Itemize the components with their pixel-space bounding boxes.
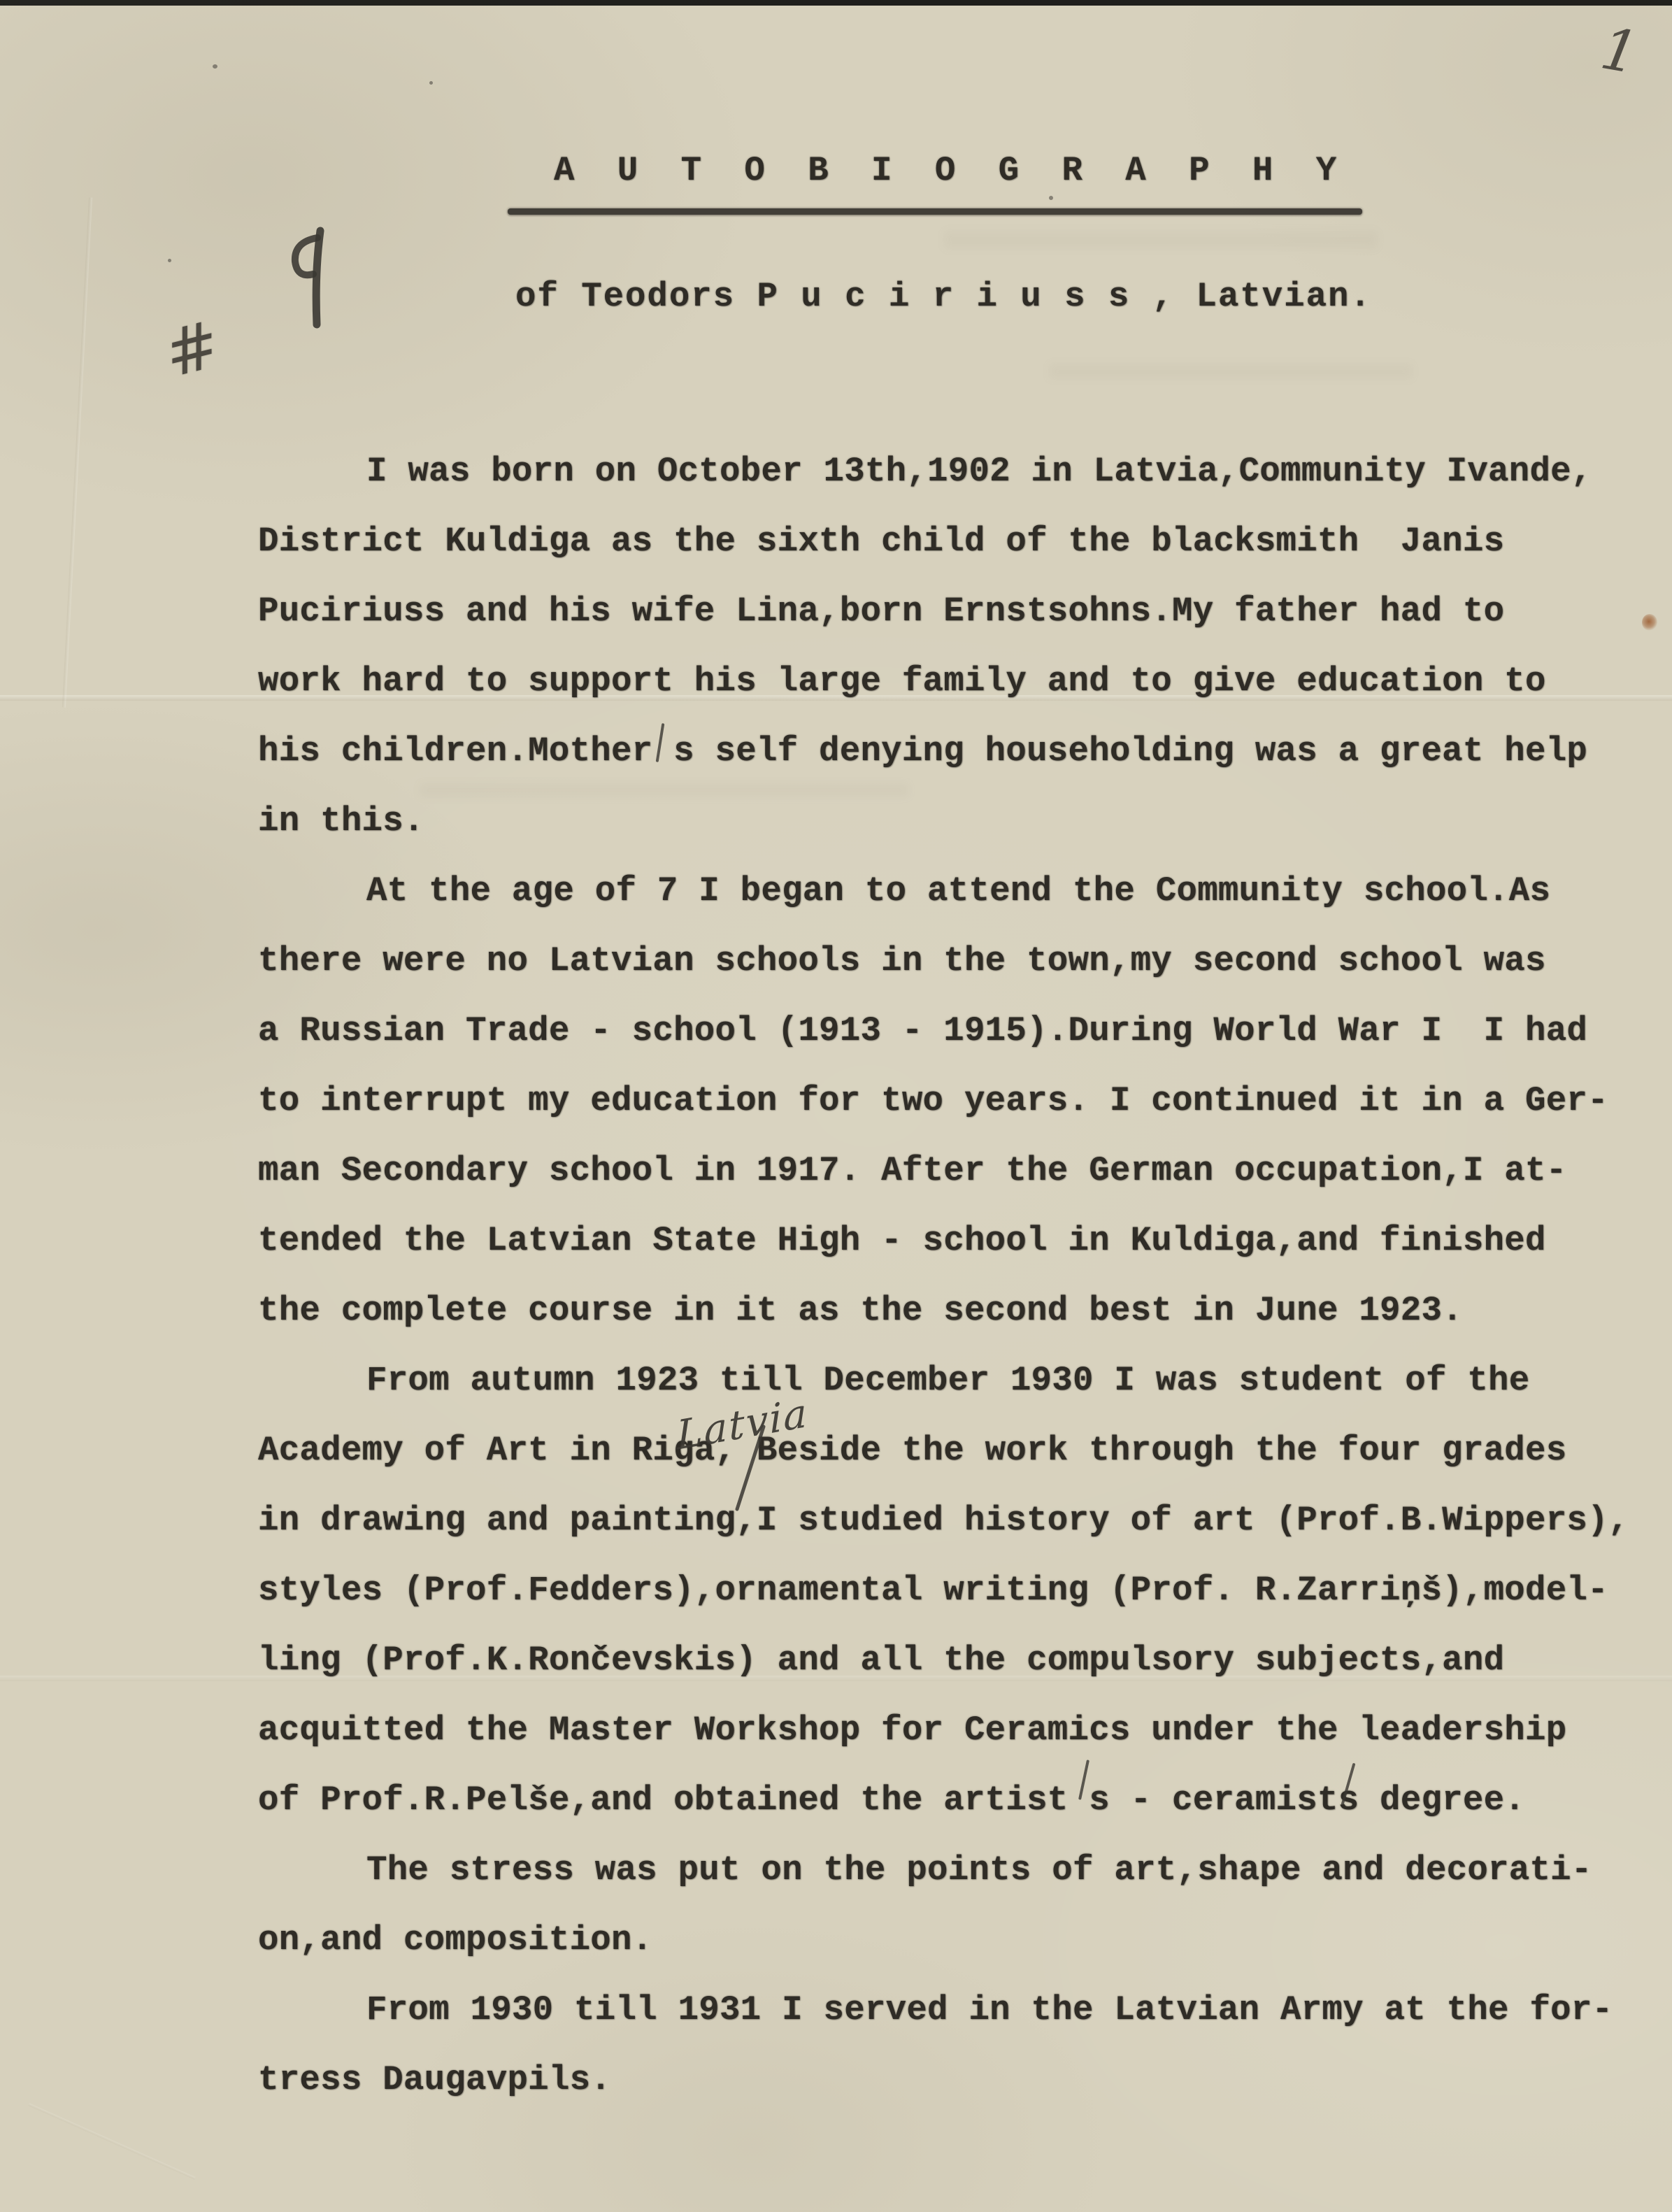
typed-line: acquitted the Master Workshop for Cerami… xyxy=(258,1711,1660,1781)
typed-line: Academy of Art in Riga, Beside the work … xyxy=(258,1431,1660,1501)
fold-crease-bottom-left xyxy=(28,2103,195,2179)
typed-line: man Secondary school in 1917. After the … xyxy=(258,1151,1660,1221)
title-underline xyxy=(508,208,1362,215)
ink-speck xyxy=(168,259,171,262)
typed-line: I was born on October 13th,1902 in Latvi… xyxy=(258,452,1660,522)
handwritten-page-number: 1 xyxy=(1596,15,1643,87)
document-title: A U T O B I O G R A P H Y xyxy=(554,151,1348,190)
typed-line: of Prof.R.Pelše,and obtained the artist … xyxy=(258,1781,1660,1850)
typed-line: to interrupt my education for two years.… xyxy=(258,1081,1660,1151)
ink-speck xyxy=(213,64,217,69)
typed-line: there were no Latvian schools in the tow… xyxy=(258,941,1660,1011)
typed-line: ling (Prof.K.Rončevskis) and all the com… xyxy=(258,1641,1660,1711)
typed-line: From 1930 till 1931 I served in the Latv… xyxy=(258,1990,1660,2060)
typed-line: styles (Prof.Fedders),ornamental writing… xyxy=(258,1571,1660,1641)
margin-hash-mark: # xyxy=(157,306,227,392)
margin-paragraph-mark-icon xyxy=(277,222,361,334)
ink-speck xyxy=(429,81,433,85)
fold-crease-left xyxy=(62,197,92,707)
typed-line: Puciriuss and his wife Lina,born Ernstso… xyxy=(258,592,1660,662)
ink-speck xyxy=(1049,196,1053,200)
typed-line: tress Daugavpils. xyxy=(258,2060,1660,2130)
typed-line: a Russian Trade - school (1913 - 1915).D… xyxy=(258,1011,1660,1081)
scan-edge-top xyxy=(0,0,1672,6)
typed-line: From autumn 1923 till December 1930 I wa… xyxy=(258,1361,1660,1431)
bleed-through-smudge xyxy=(1049,364,1413,379)
typed-line: in this. xyxy=(258,801,1660,871)
typed-line: on,and composition. xyxy=(258,1920,1660,1990)
bleed-through-smudge xyxy=(944,231,1378,249)
typed-line: tended the Latvian State High - school i… xyxy=(258,1221,1660,1291)
scanned-document-page: { "document": { "title": "A U T O B I O … xyxy=(0,0,1672,2212)
typed-line: in drawing and painting,I studied histor… xyxy=(258,1501,1660,1571)
typed-line: the complete course in it as the second … xyxy=(258,1291,1660,1361)
typed-line: work hard to support his large family an… xyxy=(258,662,1660,732)
typed-line: At the age of 7 I began to attend the Co… xyxy=(258,871,1660,941)
document-subtitle: of Teodors P u c i r i u s s , Latvian. xyxy=(515,277,1372,316)
typed-line: The stress was put on the points of art,… xyxy=(258,1850,1660,1920)
typed-line: his children.Mother s self denying house… xyxy=(258,732,1660,801)
typed-body: I was born on October 13th,1902 in Latvi… xyxy=(258,452,1660,2130)
typed-line: District Kuldiga as the sixth child of t… xyxy=(258,522,1660,592)
insertion-caret-stroke xyxy=(734,1424,766,1512)
